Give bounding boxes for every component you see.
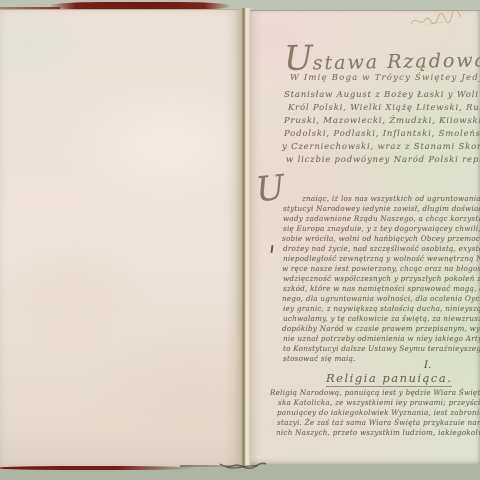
body-line: stosować się maią. (283, 354, 356, 363)
body-line: drożey nad życie, nad szczęśliwość osobi… (283, 244, 480, 253)
article-heading: Religia panuiąca. (326, 371, 452, 387)
body-line: wady zadawnione Rządu Naszego, a chcąc k… (283, 214, 480, 223)
invocation-line: W Imię Boga w Tróycy Świętey Jedynego. (290, 73, 480, 83)
body-line: się Europa znayduie, y z tey dogorywaiąc… (283, 224, 480, 233)
article-line: stazyi. Że zaś taż sama Wiara Święta prz… (277, 418, 480, 427)
preamble-line: y Czerniechowski, wraz z Stanami Skonfed… (282, 142, 480, 152)
article-line: nich Naszych, przeto wszystkim ludziom, … (276, 428, 480, 437)
preamble-line: Podolski, Podlaski, Inflantski, Smoleńsk… (284, 129, 480, 139)
corner-annotation-script (408, 11, 467, 29)
preamble-line: Pruski, Mazowiecki, Żmudzki, Kiiowski, W… (284, 116, 480, 126)
body-line: wdzięczność współczesnych y przyszłych p… (283, 274, 480, 283)
left-blank-page (0, 9, 240, 467)
right-manuscript-page: Ustawa Rządowa. W Imię Boga w Tróycy Świ… (250, 10, 480, 464)
drop-cap-initial: U (254, 168, 287, 211)
article-line: ska Katolicka, ze wszystkiemi iey prawam… (278, 398, 480, 407)
body-line: sobie wróciła, wolni od hańbiących Obcey… (282, 234, 480, 243)
preamble-line: w liczbie podwóyney Naród Polski repreze… (286, 155, 480, 165)
body-line: w ręce nasze iest powierzony, chcąc oraz… (282, 264, 480, 273)
body-line: niepodległość zewnętrzną y wolność wewnę… (283, 254, 480, 263)
body-line: nego, dla ugruntowania wolności, dla oca… (282, 294, 480, 303)
body-line: uchwalamy, y tę całkowicie za świętą, za… (283, 314, 480, 323)
body-line: nie uznał potrzeby odmienienia w niey ia… (283, 334, 480, 343)
article-line: panuiącey do iakiegokolwiek Wyznania, ie… (277, 408, 480, 417)
margin-ink-blot (270, 245, 273, 253)
body-line: dopókiby Naród w czasie prawem przepisan… (282, 324, 480, 333)
body-line: szkód, które w nas namiętności sprawować… (283, 284, 480, 293)
body-line: to Konstytucyi dalsze Ustawy Seymu teraź… (283, 344, 480, 353)
preamble-line: Stanisław August z Bożey Łaski y Woli Na… (284, 90, 480, 100)
body-line: stytucyi Narodowey iedynie zawisł, długi… (283, 204, 480, 213)
photographed-manuscript-scene: Ustawa Rządowa. W Imię Boga w Tróycy Świ… (0, 0, 480, 480)
book-cover-bottom-edge (0, 466, 195, 470)
article-numeral: I. (424, 360, 431, 371)
page-bottom-edge-marks (216, 456, 268, 470)
book-cover-bottom-edge-right (180, 465, 240, 467)
body-line: iey granic, z naywiększą stałością ducha… (283, 304, 480, 313)
body-line: znaiąc, iż los nas wszystkich od ugrunto… (302, 194, 480, 203)
article-line: Religią Narodową, panuiącą iest y będzie… (270, 388, 480, 397)
preamble-line: Król Polski, Wielki Xiążę Litewski, Rusk… (288, 103, 480, 113)
